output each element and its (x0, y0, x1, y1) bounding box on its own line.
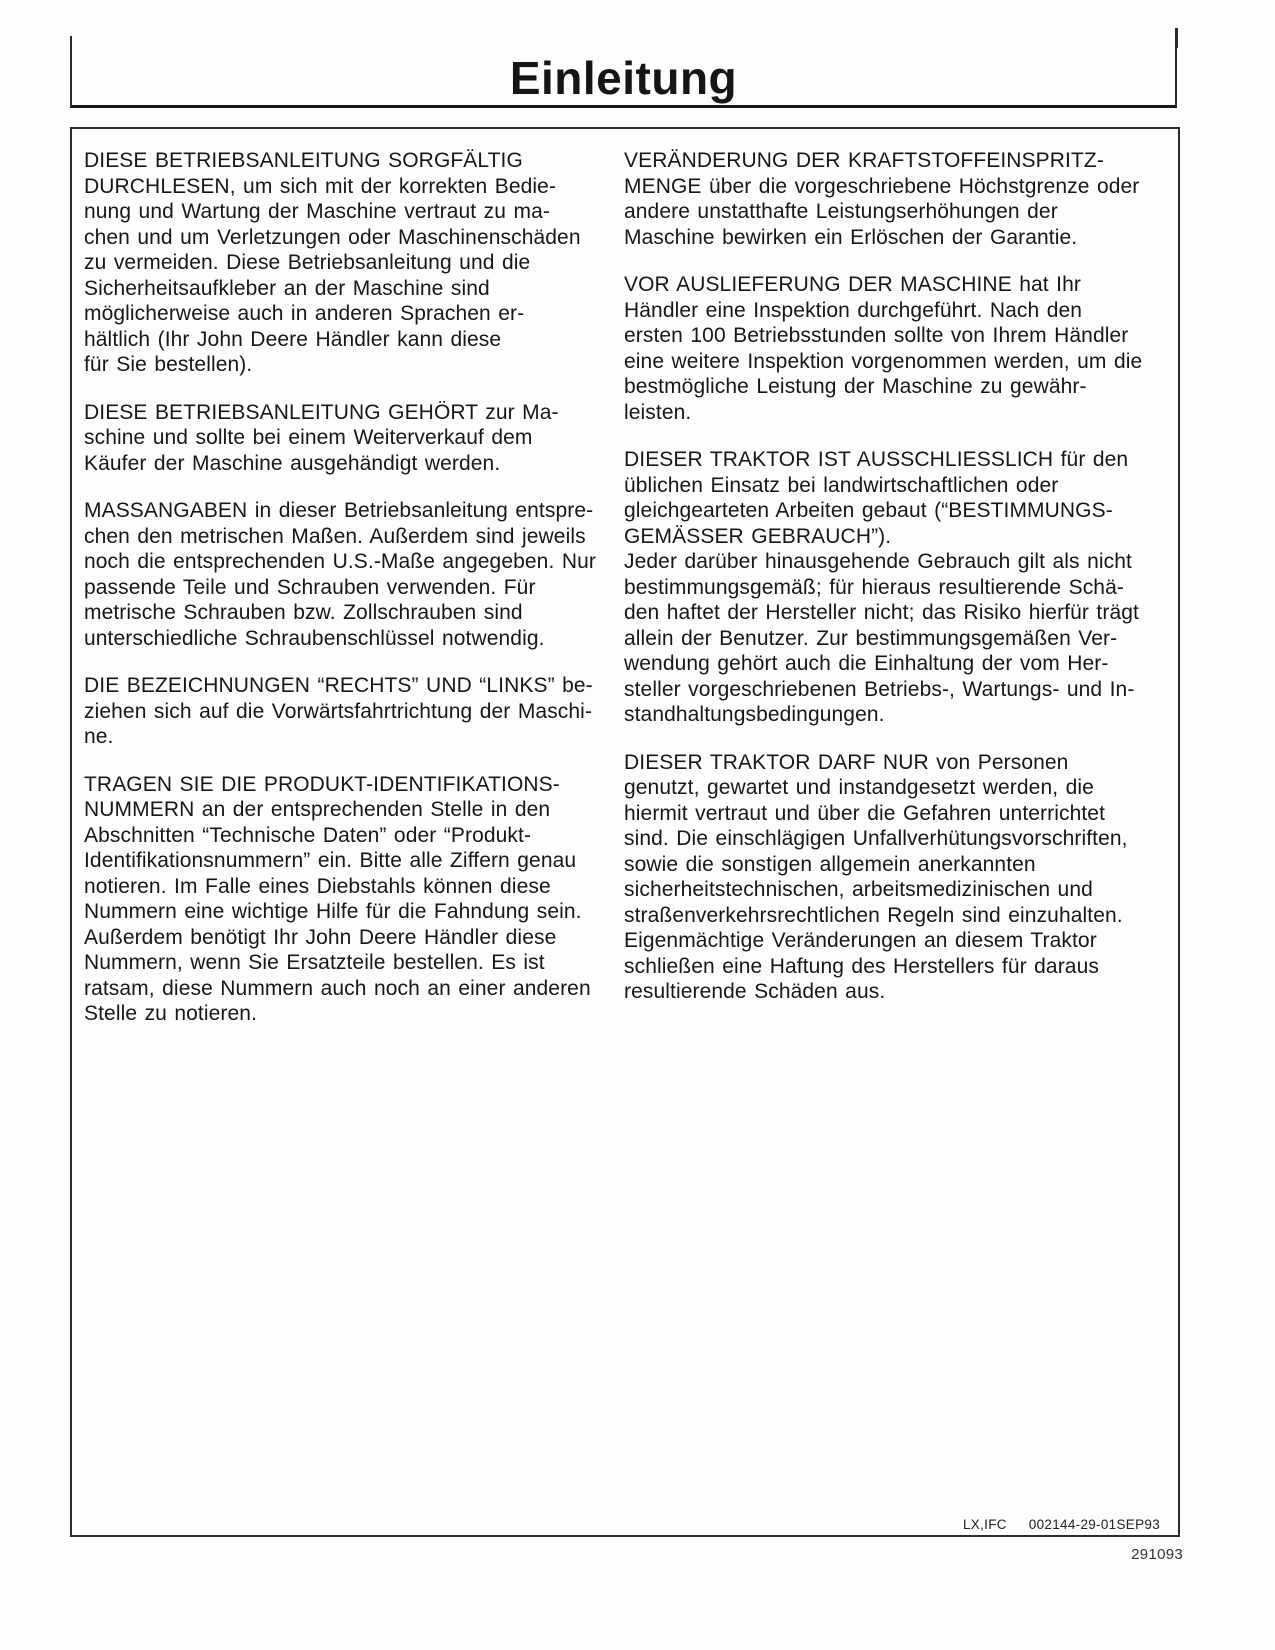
paragraph-product-id-numbers: TRAGEN SIE DIE PRODUKT-IDENTIFIKATIONS- … (84, 772, 616, 1027)
right-column: VERÄNDERUNG DER KRAFTSTOFFEINSPRITZ- MEN… (624, 148, 1172, 1027)
footer-revision-code: 002144-29-01SEP93 (1029, 1517, 1160, 1532)
content-area: DIESE BETRIEBSANLEITUNG SORGFÄLTIG DURCH… (70, 127, 1180, 1537)
paragraph-intended-use: DIESER TRAKTOR IST AUSSCHLIESSLICH für d… (624, 447, 1172, 728)
paragraph-right-left: DIE BEZEICHNUNGEN “RECHTS” UND “LINKS” b… (84, 673, 616, 750)
page-title: Einleitung (510, 37, 737, 105)
page-number: 291093 (1105, 1546, 1183, 1563)
manual-page: Einleitung DIESE BETRIEBSANLEITUNG SORGF… (0, 0, 1275, 1650)
paragraph-read-manual: DIESE BETRIEBSANLEITUNG SORGFÄLTIG DURCH… (84, 148, 616, 378)
paragraph-manual-belongs: DIESE BETRIEBSANLEITUNG GEHÖRT zur Ma- s… (84, 400, 616, 477)
page-header: Einleitung (70, 36, 1177, 108)
paragraph-authorized-persons: DIESER TRAKTOR DARF NUR von Personen gen… (624, 750, 1172, 1005)
paragraph-fuel-injection: VERÄNDERUNG DER KRAFTSTOFFEINSPRITZ- MEN… (624, 148, 1172, 250)
paragraph-measurements: MASSANGABEN in dieser Betriebsanleitung … (84, 498, 616, 651)
left-column: DIESE BETRIEBSANLEITUNG SORGFÄLTIG DURCH… (84, 148, 616, 1049)
footer-doc-code: LX,IFC (963, 1517, 1007, 1532)
paragraph-pre-delivery: VOR AUSLIEFERUNG DER MASCHINE hat Ihr Hä… (624, 272, 1172, 425)
footer-code: LX,IFC002144-29-01SEP93 (963, 1517, 1160, 1532)
